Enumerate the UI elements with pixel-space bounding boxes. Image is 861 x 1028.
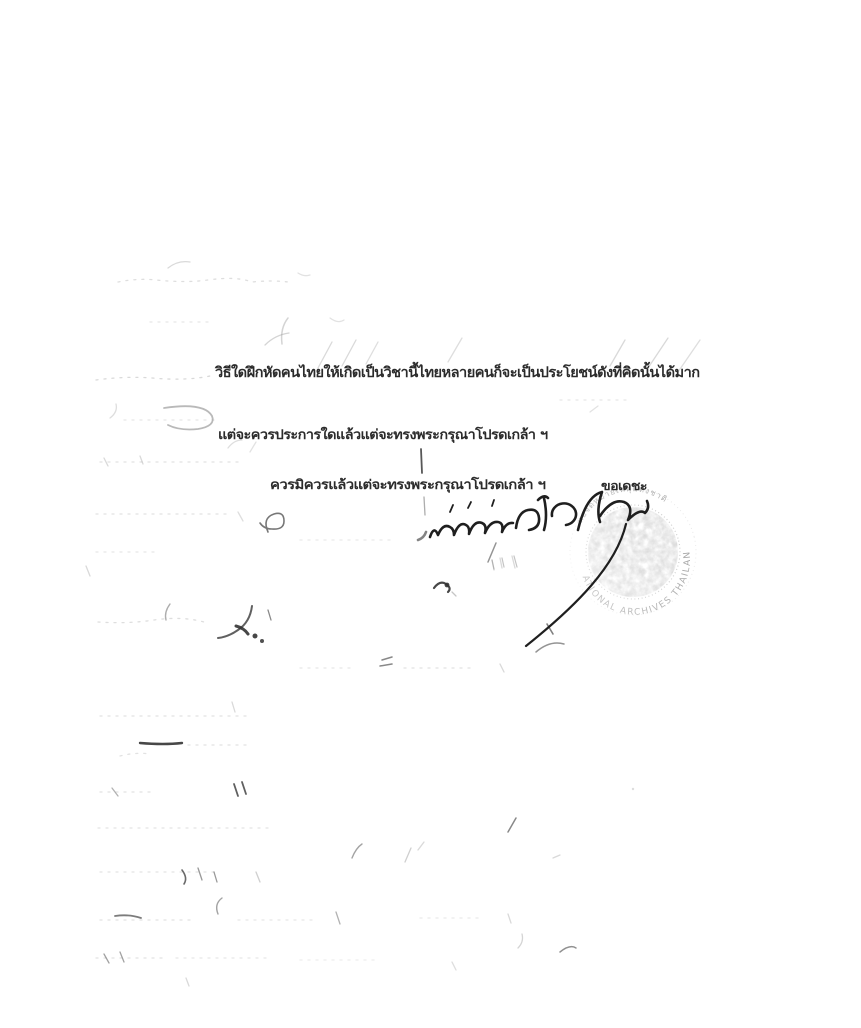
signature bbox=[0, 0, 861, 1028]
signature-stroke bbox=[552, 503, 576, 525]
signature-stroke bbox=[526, 524, 626, 646]
document-page: NATIONAL ARCHIVES THAILAND หอจดหมายเหตุแ… bbox=[0, 0, 861, 1028]
signature-stroke bbox=[430, 522, 513, 537]
signature-stroke bbox=[516, 510, 539, 530]
signature-stroke bbox=[418, 532, 426, 540]
signature-stroke bbox=[578, 492, 602, 530]
signature-stroke bbox=[450, 500, 494, 512]
signature-stroke bbox=[600, 501, 648, 520]
signature-stroke bbox=[538, 496, 548, 530]
